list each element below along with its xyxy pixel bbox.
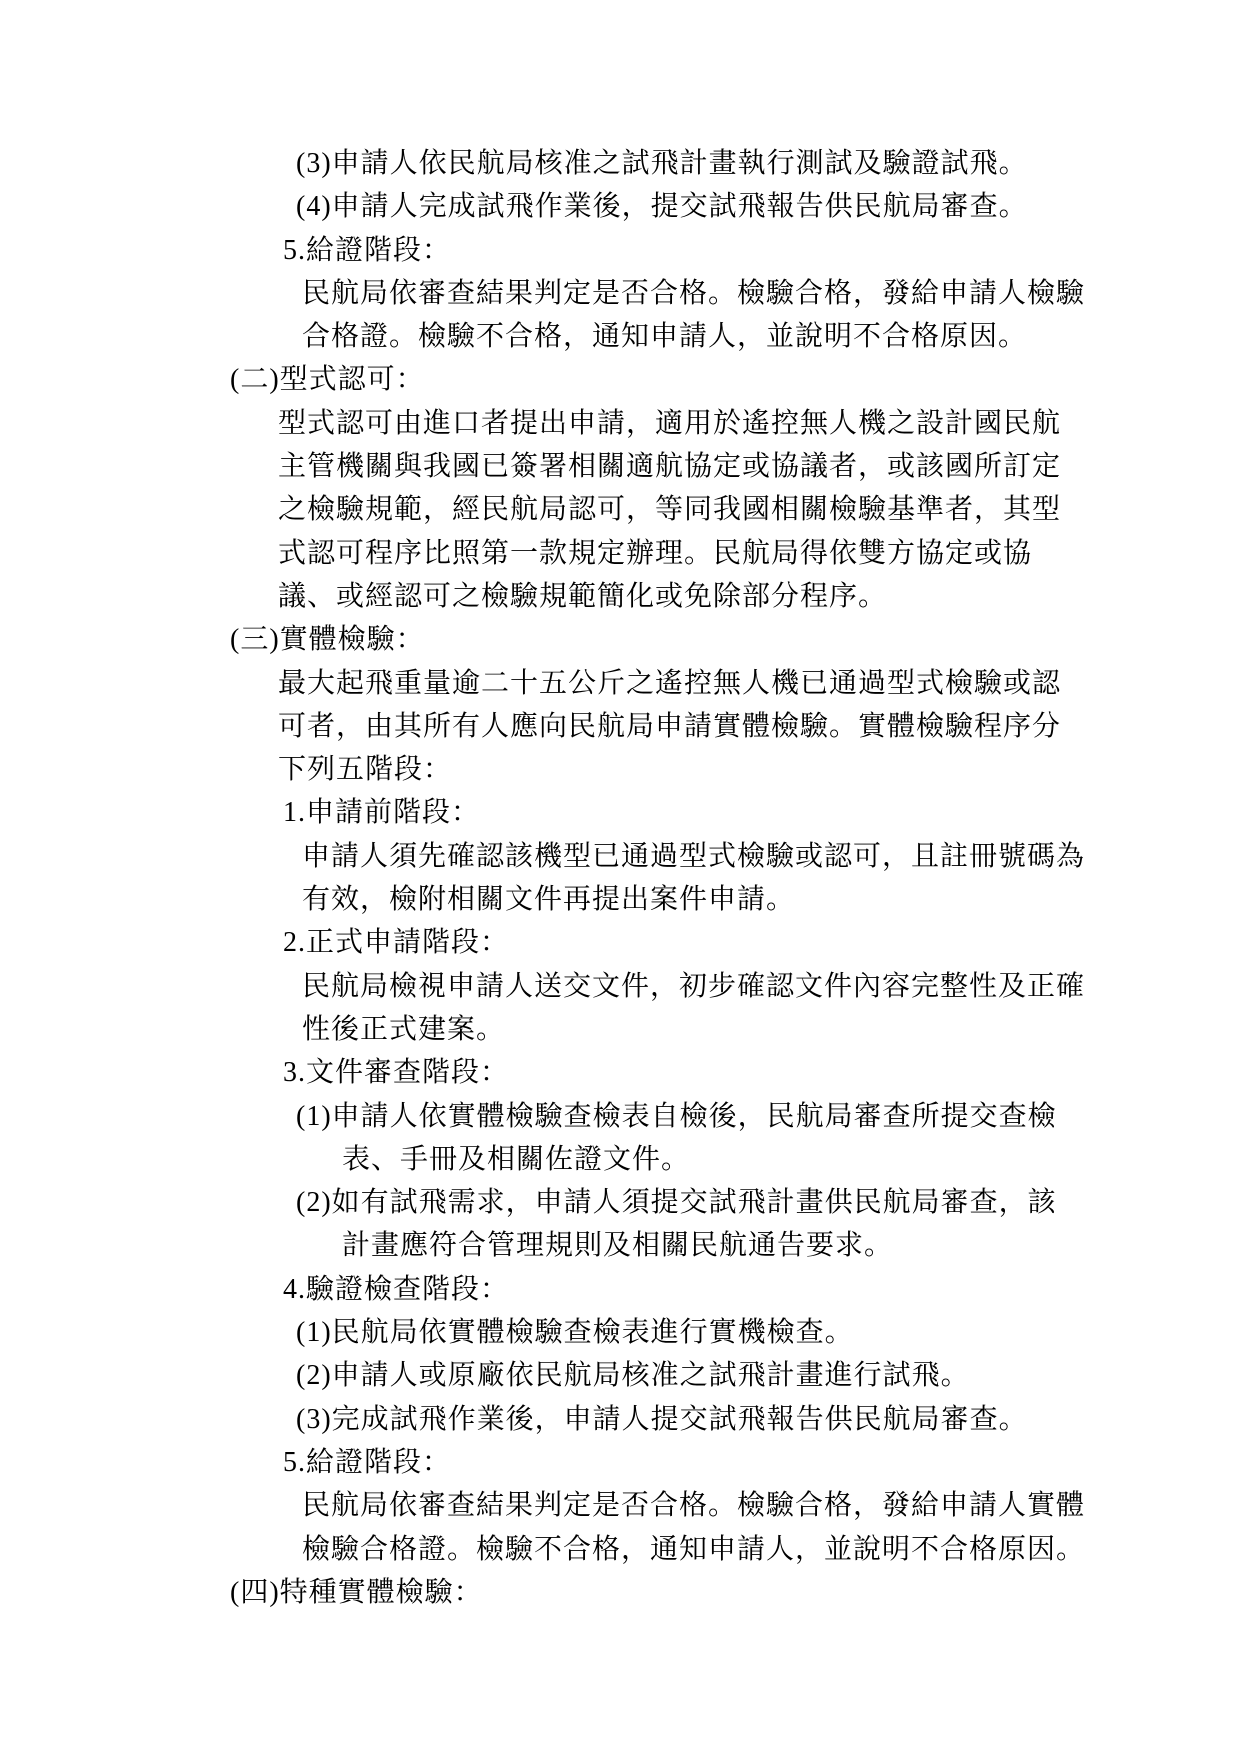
text-line: (二)型式認可： — [230, 358, 1241, 401]
text-line: 型式認可由進口者提出申請，適用於遙控無人機之設計國民航 — [278, 402, 1241, 445]
text-line: 計畫應符合管理規則及相關民航通告要求。 — [342, 1224, 1241, 1267]
text-line: 3.文件審查階段： — [283, 1051, 1241, 1094]
text-line: 民航局依審查結果判定是否合格。檢驗合格，發給申請人實體 — [302, 1484, 1241, 1527]
text-line: (2)申請人或原廠依民航局核准之試飛計畫進行試飛。 — [296, 1354, 1241, 1397]
text-line: 最大起飛重量逾二十五公斤之遙控無人機已通過型式檢驗或認 — [278, 662, 1241, 705]
text-line: (2)如有試飛需求，申請人須提交試飛計畫供民航局審查，該 — [296, 1181, 1241, 1224]
text-line: 5.給證階段： — [283, 1441, 1241, 1484]
document-content: (3)申請人依民航局核准之試飛計畫執行測試及驗證試飛。(4)申請人完成試飛作業後… — [0, 142, 1241, 1614]
text-line: 合格證。檢驗不合格，通知申請人，並說明不合格原因。 — [302, 315, 1241, 358]
text-line: (3)完成試飛作業後，申請人提交試飛報告供民航局審查。 — [296, 1398, 1241, 1441]
text-line: 可者，由其所有人應向民航局申請實體檢驗。實體檢驗程序分 — [278, 705, 1241, 748]
text-line: (4)申請人完成試飛作業後，提交試飛報告供民航局審查。 — [296, 185, 1241, 228]
text-line: 之檢驗規範，經民航局認可，等同我國相關檢驗基準者，其型 — [278, 488, 1241, 531]
text-line: (1)民航局依實體檢驗查檢表進行實機檢查。 — [296, 1311, 1241, 1354]
text-line: 議、或經認可之檢驗規範簡化或免除部分程序。 — [278, 575, 1241, 618]
text-line: 式認可程序比照第一款規定辦理。民航局得依雙方協定或協 — [278, 532, 1241, 575]
text-line: 4.驗證檢查階段： — [283, 1268, 1241, 1311]
text-line: 民航局檢視申請人送交文件，初步確認文件內容完整性及正確 — [302, 965, 1241, 1008]
text-line: 主管機關與我國已簽署相關適航協定或協議者，或該國所訂定 — [278, 445, 1241, 488]
text-line: 2.正式申請階段： — [283, 921, 1241, 964]
text-line: 有效，檢附相關文件再提出案件申請。 — [302, 878, 1241, 921]
text-line: (1)申請人依實體檢驗查檢表自檢後，民航局審查所提交查檢 — [296, 1095, 1241, 1138]
document-page: (3)申請人依民航局核准之試飛計畫執行測試及驗證試飛。(4)申請人完成試飛作業後… — [0, 0, 1241, 1755]
text-line: 5.給證階段： — [283, 229, 1241, 272]
text-line: 檢驗合格證。檢驗不合格，通知申請人，並說明不合格原因。 — [302, 1528, 1241, 1571]
text-line: 申請人須先確認該機型已通過型式檢驗或認可，且註冊號碼為 — [302, 835, 1241, 878]
text-line: 下列五階段： — [278, 748, 1241, 791]
text-line: 1.申請前階段： — [283, 791, 1241, 834]
text-line: (四)特種實體檢驗： — [230, 1571, 1241, 1614]
text-line: (3)申請人依民航局核准之試飛計畫執行測試及驗證試飛。 — [296, 142, 1241, 185]
text-line: 性後正式建案。 — [302, 1008, 1241, 1051]
text-line: 表、手冊及相關佐證文件。 — [342, 1138, 1241, 1181]
text-line: 民航局依審查結果判定是否合格。檢驗合格，發給申請人檢驗 — [302, 272, 1241, 315]
text-line: (三)實體檢驗： — [230, 618, 1241, 661]
